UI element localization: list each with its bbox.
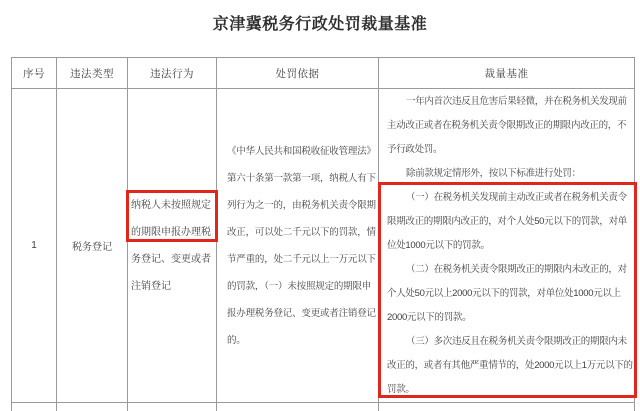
text-line: 纳税人未按照规定 (131, 192, 216, 219)
next-row-cell (128, 403, 217, 411)
next-row-cell (12, 403, 57, 411)
text-line: 第六十条第一款第一项，纳税人有下 (227, 165, 378, 192)
text-line: 限期改正的期限内改正的，对个人处50元以下的罚款，对单 (387, 210, 634, 234)
cell-discretion-standard: 一年内首次违反且危害后果轻微，并在税务机关发现前 主动改正或者在税务机关责令限期… (379, 89, 634, 403)
text-line: 的期限申报办理税 (131, 219, 216, 246)
text-line: （二）在税务机关责令限期改正的期限内未改正的，对 (387, 258, 634, 282)
next-row-cell (379, 403, 634, 411)
header-discretion-standard: 裁量基准 (379, 58, 634, 89)
header-penalty-basis: 处罚依据 (217, 58, 379, 89)
text-line: 改正，可以处二千元以下的罚款，情 (227, 219, 378, 246)
cell-row-index: 1 (12, 89, 57, 403)
cell-violation-behavior: 纳税人未按照规定 的期限申报办理税 务登记、变更或者 注销登记 (128, 89, 217, 403)
text-line: 除前款规定情形外，按以下标准进行处罚： (387, 162, 634, 186)
text-line: 主动改正或者在税务机关责令限期改正的期限内改正的，不 (387, 114, 634, 138)
penalty-standards-table: 序号 违法类型 违法行为 处罚依据 裁量基准 1 税务登记 纳税人未按照规定 的… (11, 57, 635, 411)
text-line: 2000元以下的罚款。 (387, 306, 634, 330)
text-line: 《中华人民共和国税收征收管理法》 (227, 138, 378, 165)
header-violation-type: 违法类型 (57, 58, 128, 89)
next-row-cell (217, 403, 379, 411)
page-title: 京津冀税务行政处罚裁量基准 (0, 11, 640, 34)
text-line: 罚款。 (387, 378, 634, 402)
header-index: 序号 (12, 58, 57, 89)
next-row-cell (57, 403, 128, 411)
text-line: 注销登记 (131, 273, 216, 300)
text-line: （一）在税务机关发现前主动改正或者在税务机关责令 (387, 186, 634, 210)
text-line: 报办理税务登记、变更或者注销登记 (227, 300, 378, 327)
text-line: 节严重的，处二千元以上一万元以下 (227, 246, 378, 273)
cell-violation-type: 税务登记 (57, 89, 128, 403)
text-line: 的罚款，（一）未按照规定的期限申 (227, 273, 378, 300)
document-page: 京津冀税务行政处罚裁量基准 序号 违法类型 违法行为 处罚依据 裁量基准 1 税… (0, 0, 640, 411)
text-line: 予行政处罚。 (387, 138, 634, 162)
header-violation-behavior: 违法行为 (128, 58, 217, 89)
text-line: 的。 (227, 327, 378, 354)
text-line: （三）多次违反且在税务机关责令限期改正的期限内未 (387, 330, 634, 354)
cell-penalty-basis: 《中华人民共和国税收征收管理法》 第六十条第一款第一项，纳税人有下 列行为之一的… (217, 89, 379, 403)
text-line: 改正的，或者有其他严重情节的，处2000元以上1万元以下的 (387, 354, 634, 378)
text-line: 一年内首次违反且危害后果轻微，并在税务机关发现前 (387, 90, 634, 114)
text-line: 位处1000元以下的罚款。 (387, 234, 634, 258)
text-line: 务登记、变更或者 (131, 246, 216, 273)
text-line: 个人处50元以上2000元以下的罚款，对单位处1000元以上 (387, 282, 634, 306)
text-line: 列行为之一的，由税务机关责令限期 (227, 192, 378, 219)
